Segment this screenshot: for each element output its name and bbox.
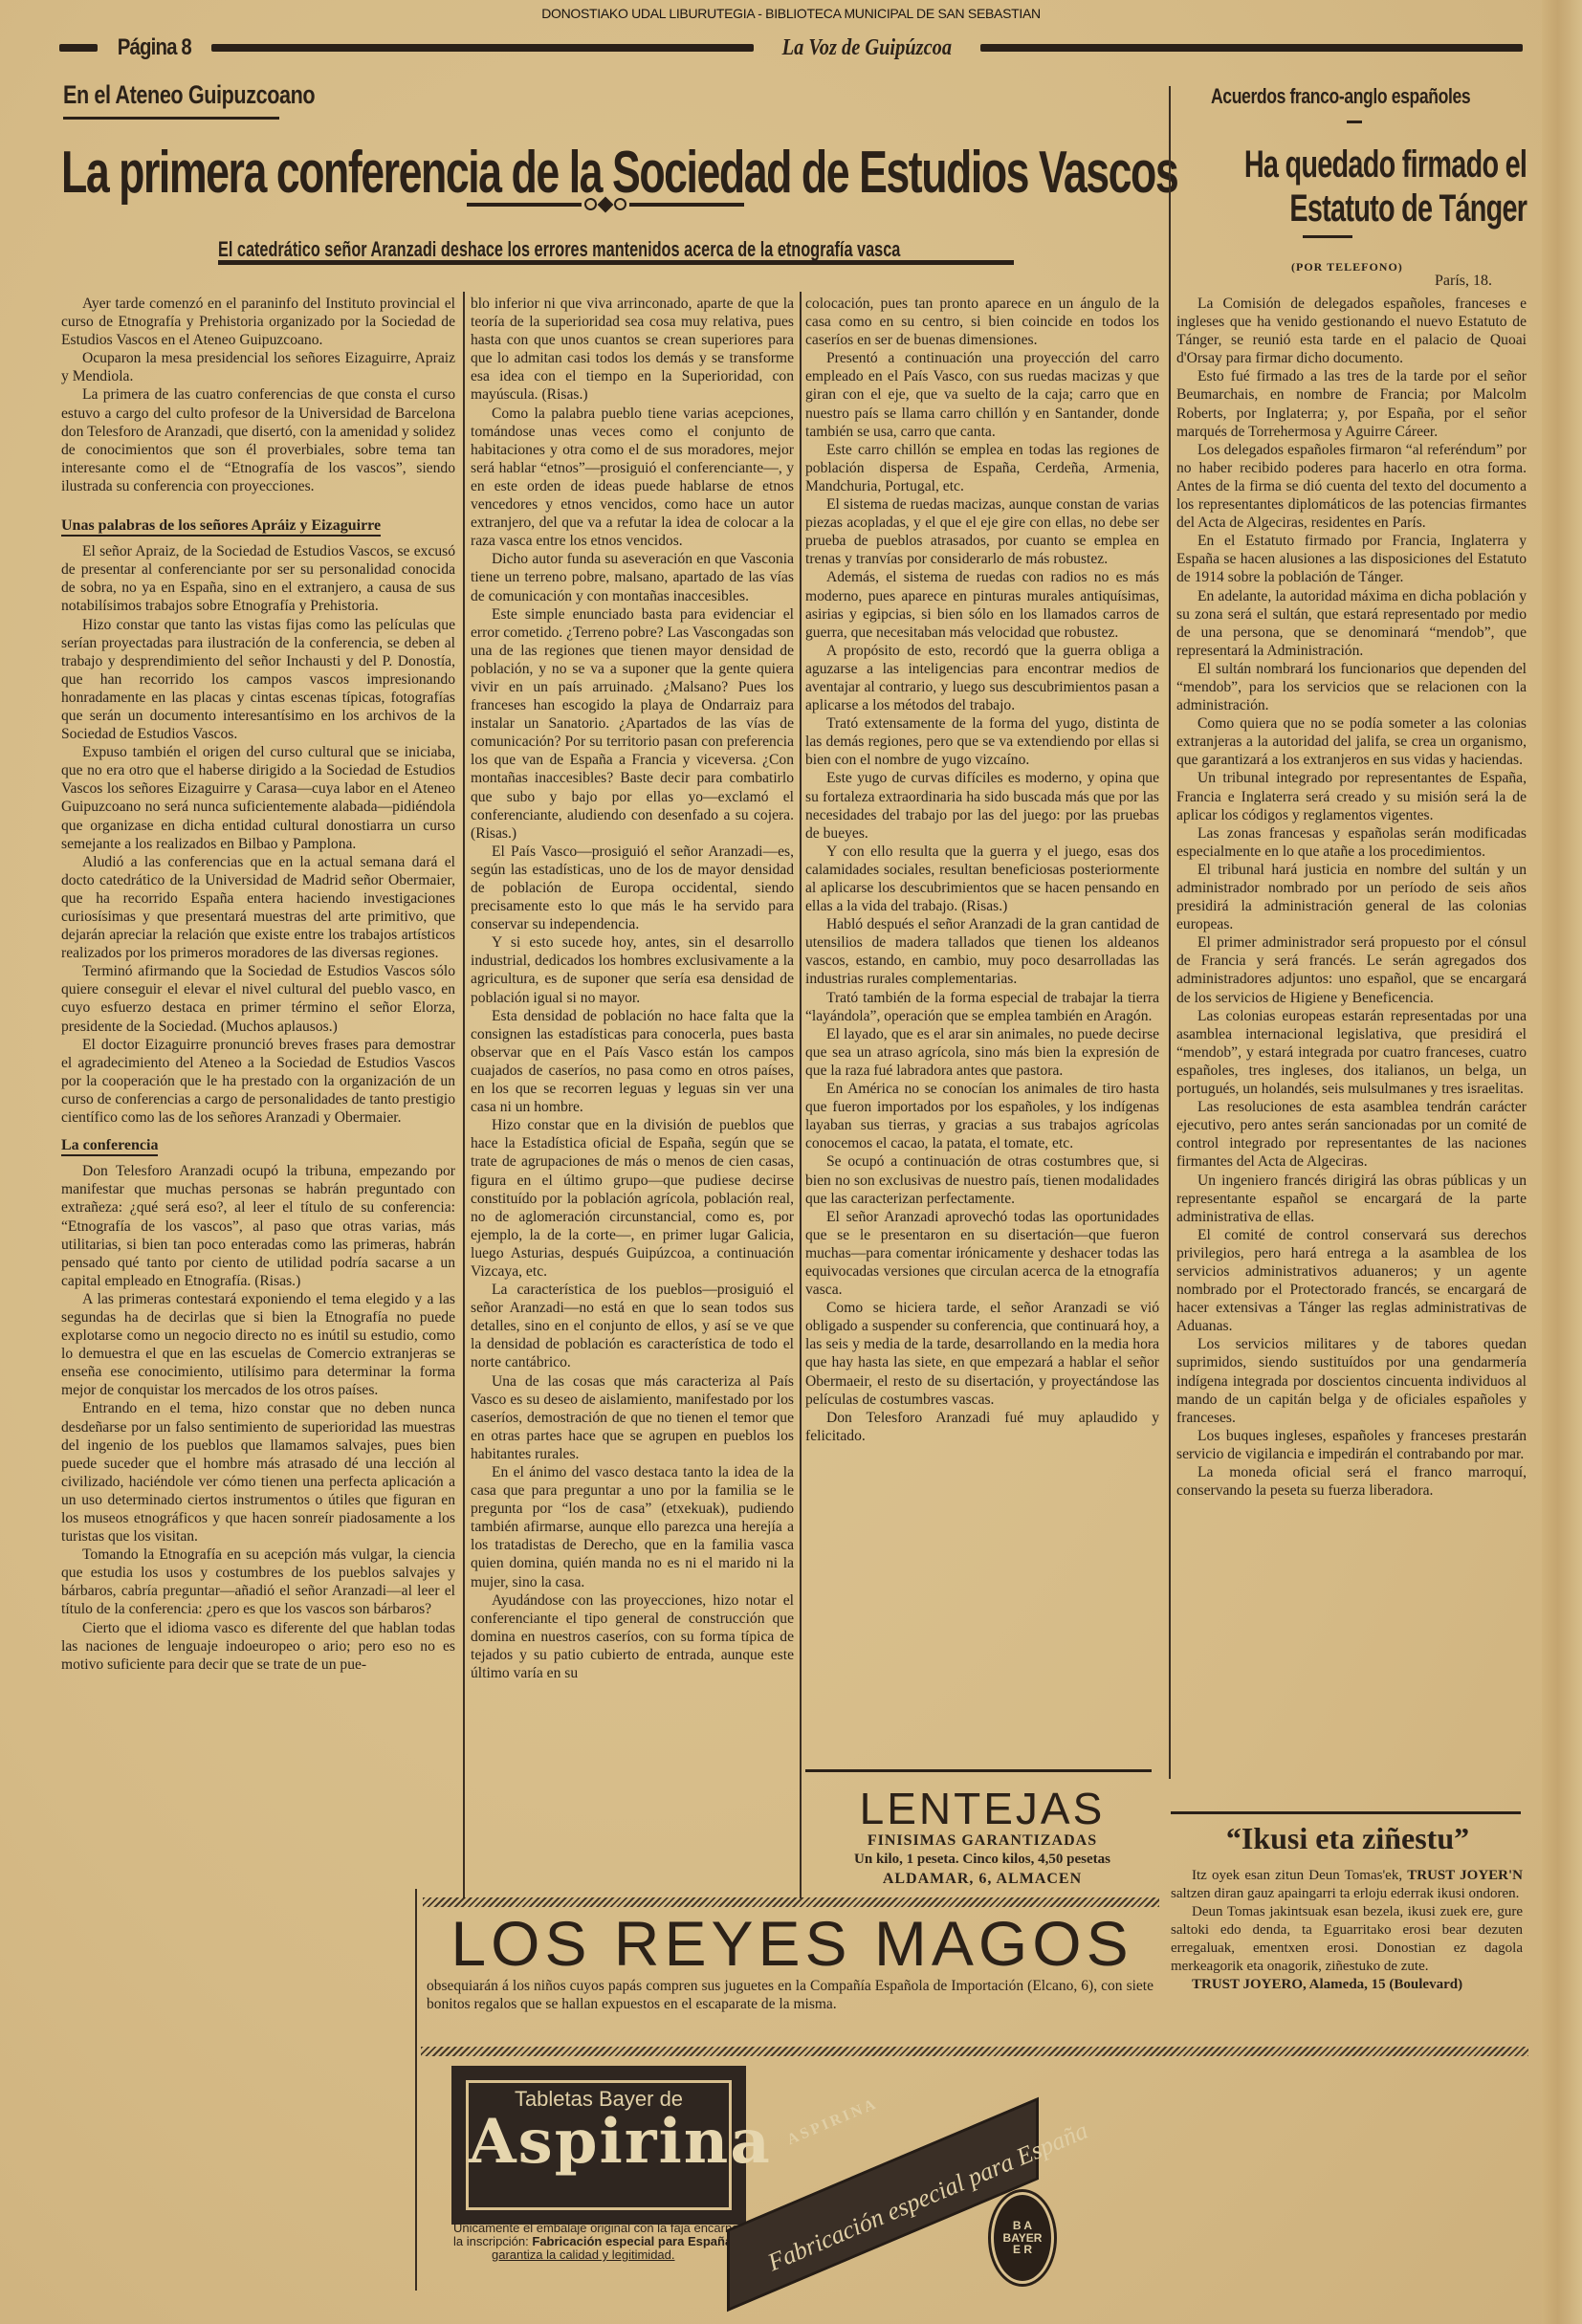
paragraph: La primera de las cuatro conferencias de… <box>61 385 455 495</box>
section-label: En el Ateneo Guipuzcoano <box>63 80 315 110</box>
ornament-divider <box>467 198 744 210</box>
ad-separator <box>805 1769 1152 1772</box>
paragraph: Una de las cosas que más caracteriza al … <box>471 1372 794 1463</box>
paragraph: El layado, que es el arar sin animales, … <box>805 1025 1159 1080</box>
paragraph: La Comisión de delegados españoles, fran… <box>1176 295 1527 367</box>
masthead-rule <box>59 44 98 52</box>
paragraph: Hizo constar que en la división de puebl… <box>471 1116 794 1281</box>
paragraph: Deun Tomas jakintsuak esan bezela, ikusi… <box>1171 1903 1523 1976</box>
paragraph: Las colonias europeas estarán representa… <box>1176 1007 1527 1098</box>
paragraph: Además, el sistema de ruedas con radios … <box>805 568 1159 641</box>
paragraph: El sultán nombrará los funcionarios que … <box>1176 660 1527 714</box>
paragraph: Los servicios militares y de tabores que… <box>1176 1335 1527 1426</box>
paragraph: Trató también de la forma especial de tr… <box>805 989 1159 1025</box>
paragraph: Terminó afirmando que la Sociedad de Est… <box>61 962 455 1035</box>
page-fold-edge <box>1542 0 1582 2324</box>
ad-separator <box>1171 1811 1521 1814</box>
lentejas-ad-title: LENTEJAS <box>805 1783 1159 1834</box>
paragraph: Esta densidad de población no hace falta… <box>471 1007 794 1117</box>
paragraph: blo inferior ni que viva arrinconado, ap… <box>471 295 794 405</box>
aspirina-guarantee: Unicamente el embalaje original con la f… <box>453 2222 762 2262</box>
bayer-cross-logo-icon: B A BAYER E R <box>991 2192 1054 2284</box>
paragraph: Las resoluciones de esta asamblea tendrá… <box>1176 1098 1527 1171</box>
masthead: Página 8 La Voz de Guipúzcoa <box>59 34 1523 61</box>
main-article-column-1: Ayer tarde comenzó en el paraninfo del I… <box>61 295 455 1674</box>
paragraph: La moneda oficial será el franco marroqu… <box>1176 1463 1527 1500</box>
lentejas-ad-line: FINISIMAS GARANTIZADAS <box>805 1832 1159 1850</box>
paragraph: Habló después el señor Aranzadi de la gr… <box>805 915 1159 988</box>
zigzag-border <box>423 1897 1159 1907</box>
tanger-tilde-rule <box>1303 235 1352 238</box>
paragraph: El tribunal hará justicia en nombre del … <box>1176 861 1527 933</box>
paragraph: Como se hiciera tarde, el señor Aranzadi… <box>805 1299 1159 1409</box>
paragraph: Don Telesforo Aranzadi ocupó la tribuna,… <box>61 1162 455 1290</box>
paragraph: El comité de control conservará sus dere… <box>1176 1226 1527 1336</box>
paragraph: Expuso también el origen del curso cultu… <box>61 743 455 853</box>
paragraph: Entrando en el tema, hizo constar que no… <box>61 1399 455 1546</box>
paragraph: El País Vasco—prosiguió el señor Aranzad… <box>471 843 794 933</box>
masthead-rule <box>211 44 754 52</box>
paragraph: Este simple enunciado basta para evidenc… <box>471 605 794 843</box>
tanger-article-column: La Comisión de delegados españoles, fran… <box>1176 295 1527 1500</box>
column-divider <box>415 1889 417 2291</box>
column-divider <box>463 292 465 1898</box>
paragraph: La característica de los pueblos—prosigu… <box>471 1281 794 1371</box>
paragraph: Cierto que el idioma vasco es diferente … <box>61 1619 455 1674</box>
column-divider <box>1169 86 1171 1779</box>
paragraph: El señor Apraiz, de la Sociedad de Estud… <box>61 542 455 615</box>
paragraph: Aludió a las conferencias que en la actu… <box>61 853 455 963</box>
paragraph: A las primeras contestará exponiendo el … <box>61 1290 455 1400</box>
subhead-rule <box>218 260 1014 265</box>
paragraph: Y si esto sucede hoy, antes, sin el desa… <box>471 933 794 1006</box>
aspirina-ad-banner: Tabletas Bayer de Aspirina <box>451 2066 746 2225</box>
paragraph: Esto fué firmado a las tres de la tarde … <box>1176 367 1527 440</box>
paragraph: El sistema de ruedas macizas, aunque con… <box>805 495 1159 568</box>
paragraph: Y con ello resulta que la guerra y el ju… <box>805 843 1159 915</box>
main-article-column-3: colocación, pues tan pronto aparece en u… <box>805 295 1159 1445</box>
paragraph: Se ocupó a continuación de otras costumb… <box>805 1152 1159 1207</box>
tanger-headline-line1: Ha quedado firmado el <box>1244 143 1527 186</box>
paragraph: Dicho autor funda su aseveración en que … <box>471 550 794 604</box>
tanger-dateline: París, 18. <box>1435 273 1492 290</box>
paragraph: Presentó a continuación una proyección d… <box>805 349 1159 440</box>
paragraph: Las zonas francesas y españolas serán mo… <box>1176 824 1527 861</box>
paragraph: El primer administrador será propuesto p… <box>1176 933 1527 1006</box>
paragraph: Itz oyek esan zitun Deun Tomas'ek, TRUST… <box>1171 1867 1523 1903</box>
paragraph: Los delegados españoles firmaron “al ref… <box>1176 441 1527 532</box>
paragraph: Un tribunal integrado por representantes… <box>1176 769 1527 823</box>
aspirina-brand: Aspirina <box>469 2112 729 2173</box>
paragraph: En el Estatuto firmado por Francia, Ingl… <box>1176 532 1527 586</box>
paragraph: Los buques ingleses, españoles y frances… <box>1176 1427 1527 1463</box>
reyes-magos-ad-body: obsequiarán á los niños cuyos papás comp… <box>427 1977 1154 2013</box>
paragraph: Tomando la Etnografía en su acepción más… <box>61 1546 455 1618</box>
main-article-column-2: blo inferior ni que viva arrinconado, ap… <box>471 295 794 1682</box>
library-header: DONOSTIAKO UDAL LIBURUTEGIA - BIBLIOTECA… <box>0 6 1582 21</box>
lentejas-ad-address: ALDAMAR, 6, ALMACEN <box>805 1871 1159 1888</box>
ikusi-ad-signature: TRUST JOYERO, Alameda, 15 (Boulevard) <box>1171 1976 1523 1994</box>
newspaper-name: La Voz de Guipúzcoa <box>782 35 952 61</box>
paragraph: El señor Aranzadi aprovechó todas las op… <box>805 1208 1159 1299</box>
subsection-title: Unas palabras de los señores Apráiz y Ei… <box>61 516 455 537</box>
ikusi-ad-title: “Ikusi eta ziñestu” <box>1171 1821 1525 1856</box>
tanger-byline: (POR TELEFONO) <box>1291 260 1403 274</box>
page-number: Página 8 <box>118 34 191 61</box>
paragraph: En América no se conocían los animales d… <box>805 1080 1159 1152</box>
paragraph: A propósito de esto, recordó que la guer… <box>805 642 1159 714</box>
lentejas-ad-price: Un kilo, 1 peseta. Cinco kilos, 4,50 pes… <box>805 1852 1159 1868</box>
paragraph: Como la palabra pueblo tiene varias acep… <box>471 405 794 551</box>
paragraph: Ayudándose con las proyecciones, hizo no… <box>471 1591 794 1682</box>
tanger-headline-line2: Estatuto de Tánger <box>1289 187 1527 230</box>
paragraph: Como quiera que no se podía someter a la… <box>1176 714 1527 769</box>
subsection-title: La conferencia <box>61 1136 455 1156</box>
paragraph: Este carro chillón se emplea en todas la… <box>805 441 1159 495</box>
paragraph: Don Telesforo Aranzadi fué muy aplaudido… <box>805 1409 1159 1445</box>
aspirina-package-label: ASPIRINA <box>785 2095 881 2149</box>
ikusi-ad-body: Itz oyek esan zitun Deun Tomas'ek, TRUST… <box>1171 1867 1523 1994</box>
tanger-section-label: Acuerdos franco-anglo españoles <box>1211 84 1470 109</box>
masthead-rule <box>980 44 1523 52</box>
main-subheadline: El catedrático señor Aranzadi deshace lo… <box>218 237 900 262</box>
paragraph: Un ingeniero francés dirigirá las obras … <box>1176 1172 1527 1226</box>
paragraph: Ayer tarde comenzó en el paraninfo del I… <box>61 295 455 349</box>
column-divider <box>800 292 802 1898</box>
paragraph: Ocuparon la mesa presidencial los señore… <box>61 349 455 385</box>
paragraph: En el ánimo del vasco destaca tanto la i… <box>471 1463 794 1591</box>
tanger-rule <box>1347 121 1362 123</box>
paragraph: Este yugo de curvas difíciles es moderno… <box>805 769 1159 842</box>
paragraph: colocación, pues tan pronto aparece en u… <box>805 295 1159 349</box>
paragraph: En adelante, la autoridad máxima en dich… <box>1176 587 1527 660</box>
paragraph: Trató extensamente de la forma del yugo,… <box>805 714 1159 769</box>
zigzag-border <box>421 2047 1528 2056</box>
paragraph: Hizo constar que tanto las vistas fijas … <box>61 616 455 744</box>
section-rule <box>63 117 279 120</box>
reyes-magos-ad-title: LOS REYES MAGOS <box>421 1907 1163 1980</box>
paragraph: El doctor Eizaguirre pronunció breves fr… <box>61 1036 455 1127</box>
main-headline: La primera conferencia de la Sociedad de… <box>61 143 1177 203</box>
